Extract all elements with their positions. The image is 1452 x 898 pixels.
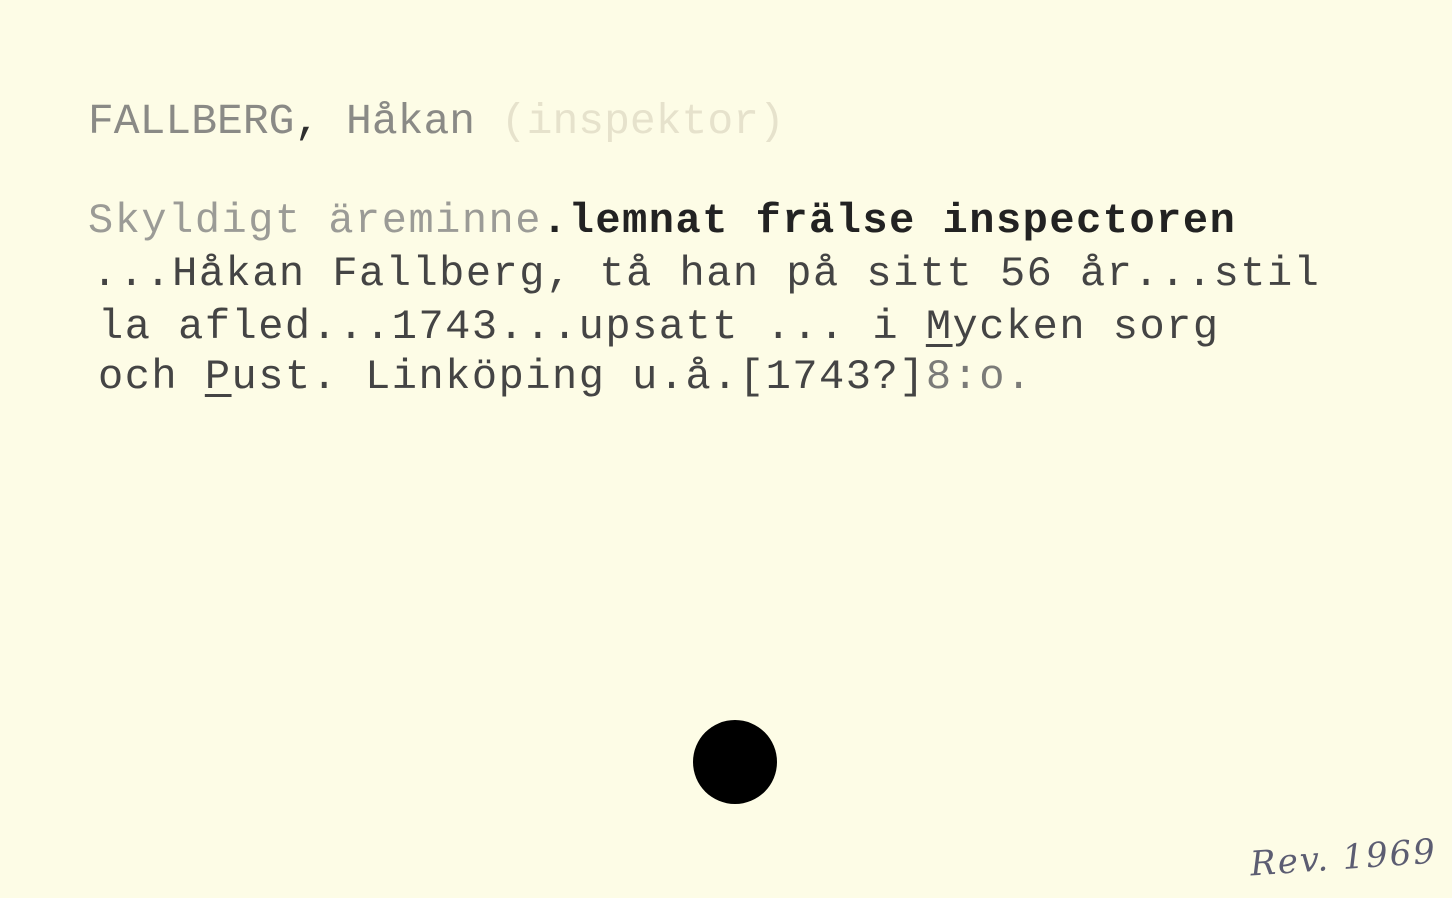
line4-format: 8:o. xyxy=(926,353,1033,401)
line4-imprint: ust. Linköping u.å.[1743?] xyxy=(232,353,926,401)
line3-underlined-letter: M xyxy=(926,303,953,351)
body-line-3: la afled...1743...upsatt ... i Mycken so… xyxy=(98,306,1220,348)
title-faded-part: Skyldigt äreminne xyxy=(88,197,542,245)
title-dark-part: .lemnat frälse inspectoren xyxy=(542,197,1236,245)
line4-text: och xyxy=(98,353,205,401)
punch-hole xyxy=(693,720,777,804)
body-line-1: Skyldigt äreminne.lemnat frälse inspecto… xyxy=(88,200,1236,242)
line4-underlined-letter: P xyxy=(205,353,232,401)
heading-faint-note: (inspektor) xyxy=(475,97,785,146)
catalog-card: FALLBERG, Håkan (inspektor) Skyldigt äre… xyxy=(0,0,1452,898)
body-line-2: ...Håkan Fallberg, tå han på sitt 56 år.… xyxy=(92,253,1320,295)
heading-given-name: Håkan xyxy=(320,97,475,146)
heading-separator: , xyxy=(294,97,320,146)
line3-rest: ycken sorg xyxy=(953,303,1220,351)
line3-text: la afled...1743...upsatt ... i xyxy=(98,303,926,351)
body-line-4: och Pust. Linköping u.å.[1743?]8:o. xyxy=(98,356,1033,398)
heading-surname: FALLBERG xyxy=(88,97,294,146)
card-heading: FALLBERG, Håkan (inspektor) xyxy=(88,100,785,143)
handwritten-revision-note: Rev. 1969 xyxy=(1249,832,1438,885)
